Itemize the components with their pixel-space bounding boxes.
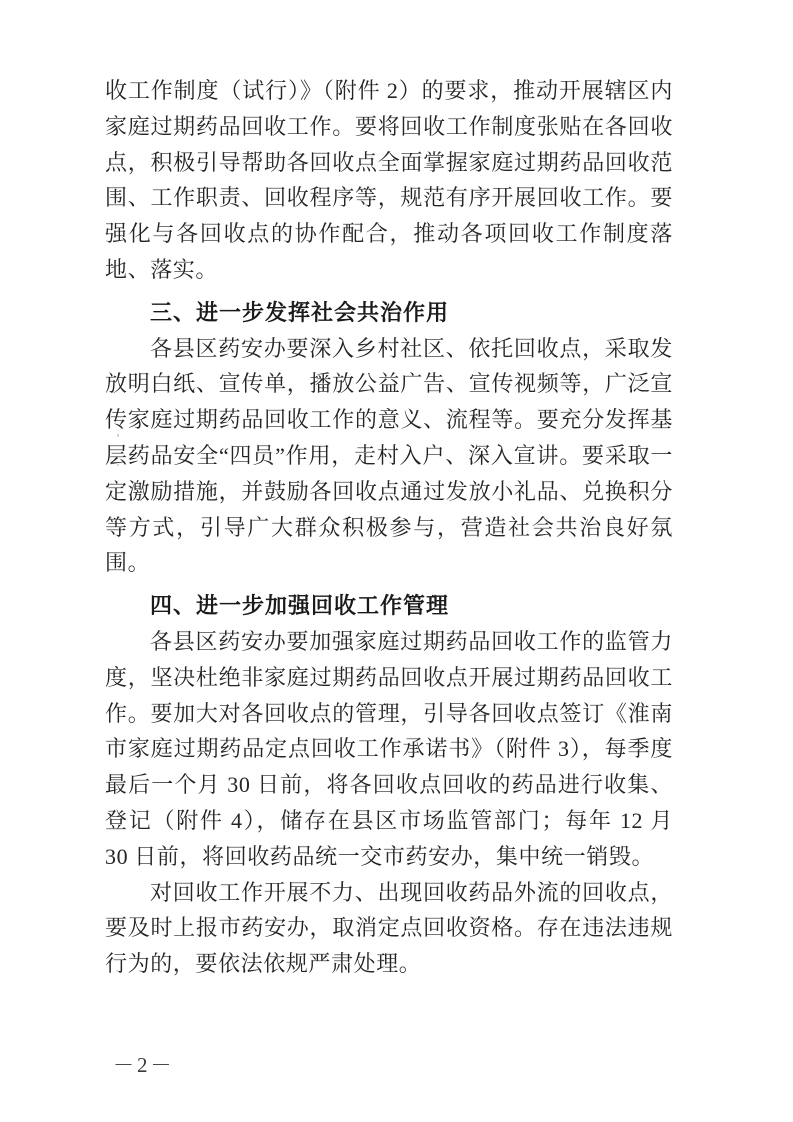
paragraph-section-four-enforcement: 对回收工作开展不力、出现回收药品外流的回收点，要及时上报市药安办，取消定点回收资… (105, 875, 673, 982)
page-number: －2－ (113, 1049, 175, 1079)
scanned-document-page: 收工作制度（试行）》（附件 2）的要求，推动开展辖区内家庭过期药品回收工作。要将… (0, 0, 793, 1122)
section-heading-four: 四、进一步加强回收工作管理 (105, 588, 673, 624)
section-heading-three: 三、进一步发挥社会共治作用 (105, 295, 673, 331)
paragraph-section-three: 各县区药安办要深入乡村社区、依托回收点，采取发放明白纸、宣传单，播放公益广告、宣… (105, 331, 673, 582)
scan-artifact-speck (117, 464, 119, 466)
document-body: 收工作制度（试行）》（附件 2）的要求，推动开展辖区内家庭过期药品回收工作。要将… (105, 73, 673, 982)
paragraph-continuation: 收工作制度（试行）》（附件 2）的要求，推动开展辖区内家庭过期药品回收工作。要将… (105, 73, 673, 288)
paragraph-section-four: 各县区药安办要加强家庭过期药品回收工作的监管力度，坚决杜绝非家庭过期药品回收点开… (105, 624, 673, 875)
scan-artifact-speck (117, 434, 119, 437)
